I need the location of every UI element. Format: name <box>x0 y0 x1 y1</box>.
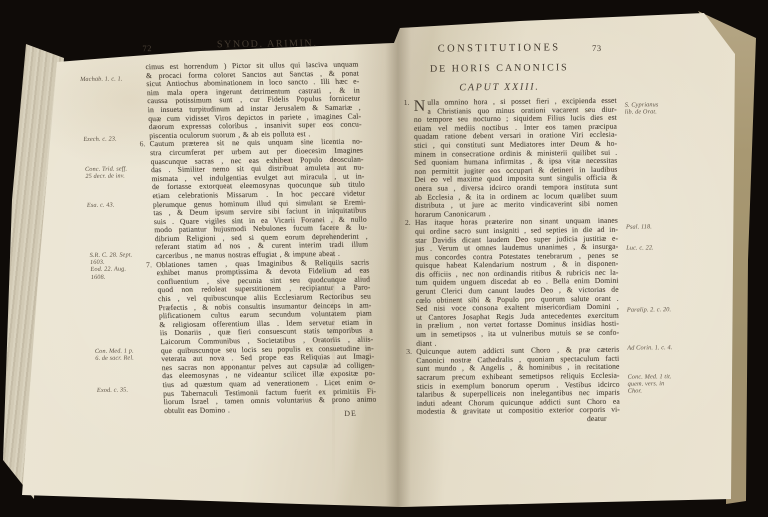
right-running-title: CONSTITUTIONES <box>400 42 598 55</box>
left-page-number: 72 <box>142 43 152 53</box>
margin-note: Machab. 1. c. 1. <box>80 75 123 83</box>
right-page-header: CONSTITUTIONES 73 DE HORIS CANONICIS CAP… <box>400 34 741 99</box>
paragraph: 3.Quicunque autem addicti sunt Choro , &… <box>407 346 620 426</box>
margin-note-line: S.R. C. 28. Sept. <box>89 251 132 259</box>
margin-note-line: Paralip. 2. c. 20. <box>627 306 671 314</box>
margin-note-line: Ezech. c. 23. <box>83 136 117 144</box>
margin-note-line: 6. de sacr. Rel. <box>95 355 134 363</box>
right-header-line: CONSTITUTIONES 73 <box>400 34 740 58</box>
left-page-body: cimus est horrendum ) Pictor sit ullus q… <box>136 61 377 416</box>
left-running-title: SYNOD. ARIMIN. <box>188 38 347 51</box>
margin-note: Paralip. 2. c. 20. <box>627 306 671 314</box>
margin-note: Conc. Trid. seff.25 decr. de inv. <box>85 165 128 180</box>
right-page: CONSTITUTIONES 73 DE HORIS CANONICIS CAP… <box>400 34 745 488</box>
paragraph-number: 2. <box>405 219 411 228</box>
margin-note-line: Ad Corin. 1. c. 4. <box>627 344 672 352</box>
paragraph-number: 1. <box>404 99 410 108</box>
margin-note-line: Esa. c. 43. <box>87 202 115 210</box>
margin-note-line: 1608. <box>91 273 134 281</box>
margin-note-line: Psal. 118. <box>626 223 652 230</box>
paragraph-number: 6. <box>139 141 145 150</box>
margin-note: Psal. 118. <box>626 223 652 230</box>
margin-note-line: Chor. <box>628 388 672 396</box>
margin-note-line: 25 decr. de inv. <box>85 173 127 181</box>
paragraph: 2.Has itaque horas præterire non sinant … <box>406 217 619 348</box>
margin-note: Con. Med. 1 p.6. de sacr. Rel. <box>95 347 135 362</box>
paragraph-number: 3. <box>406 348 412 357</box>
right-margin-notes: S. Cyprianuslib. de Orat.Psal. 118.Luc. … <box>624 35 687 486</box>
margin-note-line: Luc. c. 22. <box>626 244 654 251</box>
right-page-body: 1.Nulla omnino hora , si posset fieri , … <box>405 97 620 426</box>
catchword: DE <box>344 409 357 418</box>
chapter-title: DE HORIS CANONICIS <box>400 62 598 75</box>
paragraph: 1.Nulla omnino hora , si posset fieri , … <box>405 97 618 220</box>
margin-note-line: Machab. 1. c. 1. <box>80 75 123 83</box>
paragraph: cimus est horrendum ) Pictor sit ullus q… <box>136 61 362 141</box>
photo-of-open-book: 72 SYNOD. ARIMIN. cimus est horrendum ) … <box>0 0 768 517</box>
margin-note-line: Exod. c. 35. <box>97 387 128 395</box>
margin-note-line: lib. de Orat. <box>625 109 659 117</box>
margin-note: S.R. C. 28. Sept.1603.Eod. 22. Aug.1608. <box>89 251 133 280</box>
margin-note: Ad Corin. 1. c. 4. <box>627 344 672 352</box>
left-page: 72 SYNOD. ARIMIN. cimus est horrendum ) … <box>76 36 422 480</box>
text-line: deatur <box>587 415 620 424</box>
margin-note: Exod. c. 35. <box>97 387 128 395</box>
margin-note: Esa. c. 43. <box>87 202 115 210</box>
right-page-number: 73 <box>592 43 602 53</box>
paragraph: 7.Oblationes tamen , quas Imaginibus & R… <box>147 258 377 415</box>
caput-heading: CAPUT XXIII. <box>400 81 598 94</box>
margin-note: Conc. Med. 1 tit.quem. vers. inChor. <box>628 373 672 395</box>
margin-note: Luc. c. 22. <box>626 244 654 251</box>
margin-note: Ezech. c. 23. <box>83 136 117 144</box>
paragraph-number: 7. <box>146 261 152 270</box>
paragraph: 6.Cautum præterea sit ne quis unquam sin… <box>140 138 368 261</box>
drop-cap: N <box>414 99 428 114</box>
margin-note: S. Cyprianuslib. de Orat. <box>625 101 659 116</box>
